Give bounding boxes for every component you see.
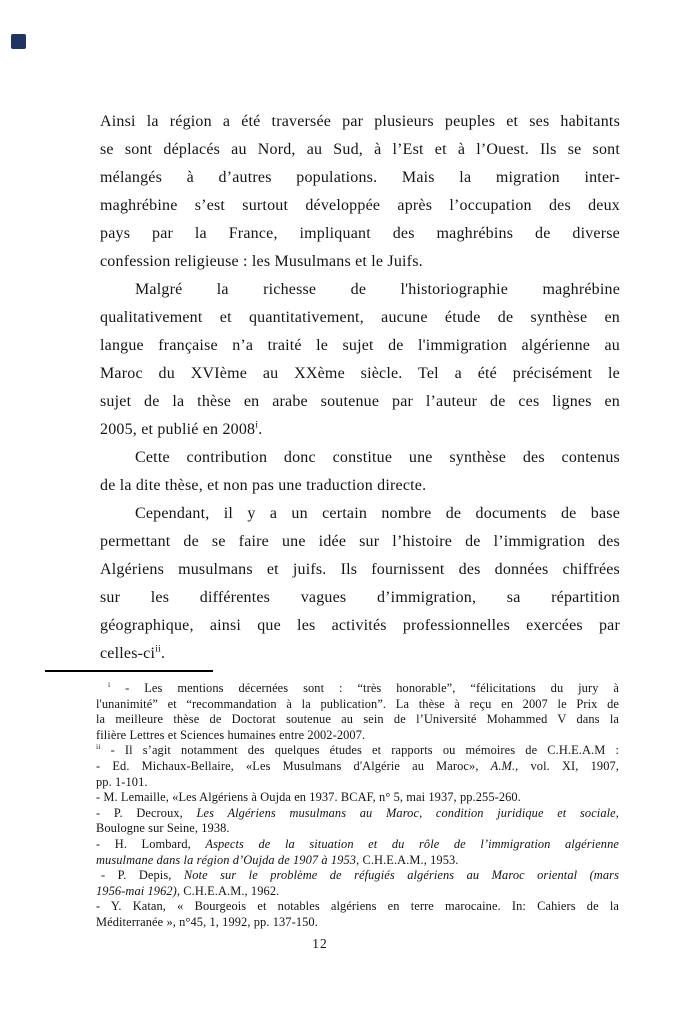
text-segment: sur les différentes vagues d’immigration…: [100, 589, 620, 606]
body-line: Cette contribution donc constitue une sy…: [100, 444, 620, 472]
footnote-line: Méditerranée », n°45, 1, 1992, pp. 137-1…: [96, 915, 619, 931]
text-segment: filière Lettres et Sciences humaines ent…: [96, 728, 365, 742]
text-segment: pays par la France, impliquant des maghr…: [100, 225, 620, 242]
text-segment: langue française n’a traité le sujet de …: [100, 337, 620, 354]
body-line: se sont déplacés au Nord, au Sud, à l’Es…: [100, 136, 620, 164]
text-segment: Les Algériens musulmans au Maroc, condit…: [197, 806, 616, 820]
text-segment: Aspects de la situation et du rôle de l’…: [205, 837, 619, 851]
text-segment: .: [161, 645, 165, 662]
body-line: Maroc du XVIème au XXème siècle. Tel a é…: [100, 360, 620, 388]
body-line: mélangés à d’autres populations. Mais la…: [100, 164, 620, 192]
text-segment: l'unanimité” et “recommandation à la pub…: [96, 697, 619, 711]
body-line: qualitativement et quantitativement, auc…: [100, 304, 620, 332]
text-segment: Méditerranée », n°45, 1, 1992, pp. 137-1…: [96, 915, 318, 929]
text-segment: .: [258, 421, 262, 438]
text-segment: - P. Decroux,: [96, 806, 197, 820]
text-segment: ,: [616, 806, 619, 820]
text-segment: , C.H.E.A.M., 1953.: [356, 853, 458, 867]
body-line: pays par la France, impliquant des maghr…: [100, 220, 620, 248]
text-segment: - Les mentions décernées sont : “très ho…: [110, 681, 619, 695]
text-segment: Malgré la richesse de l'historiographie …: [135, 281, 620, 298]
text-segment: - Ed. Michaux-Bellaire, «Les Musulmans d…: [96, 759, 491, 773]
text-segment: géographique, ainsi que les activités pr…: [100, 617, 620, 634]
body-line: Cependant, il y a un certain nombre de d…: [100, 500, 620, 528]
text-segment: Ainsi la région a été traversée par plus…: [100, 113, 620, 130]
footnote-line: pp. 1-101.: [96, 775, 619, 791]
body-line: langue française n’a traité le sujet de …: [100, 332, 620, 360]
text-segment: de la dite thèse, et non pas une traduct…: [100, 477, 426, 494]
text-segment: musulmane dans la région d’Oujda de 1907…: [96, 853, 356, 867]
text-segment: Cette contribution donc constitue une sy…: [135, 449, 620, 466]
footnote-line: - M. Lemaille, «Les Algériens à Oujda en…: [96, 790, 619, 806]
body-line: maghrébine s’est surtout développée aprè…: [100, 192, 620, 220]
body-line: celles-ciii.: [100, 640, 620, 668]
text-segment: celles-ci: [100, 645, 155, 662]
footnote-line: - Y. Katan, « Bourgeois et notables algé…: [96, 899, 619, 915]
footnote-line: l'unanimité” et “recommandation à la pub…: [96, 697, 619, 713]
body-line: sur les différentes vagues d’immigration…: [100, 584, 620, 612]
body-line: Algériens musulmans et juifs. Ils fourni…: [100, 556, 620, 584]
text-segment: 2005, et publié en 2008: [100, 421, 255, 438]
body-line: permettant de se faire une idée sur l’hi…: [100, 528, 620, 556]
text-segment: Note sur le problème de réfugiés algérie…: [184, 868, 619, 882]
text-segment: , C.H.E.A.M., 1962.: [177, 884, 279, 898]
page-number: 12: [240, 936, 400, 952]
body-line: 2005, et publié en 2008i.: [100, 416, 620, 444]
footnote-separator: [45, 670, 213, 672]
text-segment: , vol. XI, 1907,: [515, 759, 619, 773]
footnote-line: Boulogne sur Seine, 1938.: [96, 821, 619, 837]
text-segment: A.M.: [491, 759, 516, 773]
text-segment: sujet de la thèse en arabe soutenue par …: [100, 393, 620, 410]
text-segment: mélangés à d’autres populations. Mais la…: [100, 169, 620, 186]
footnote-line: 1956-mai 1962), C.H.E.A.M., 1962.: [96, 884, 619, 900]
text-segment: la meilleure thèse de Doctorat soutenue …: [96, 712, 619, 726]
footnote-line: musulmane dans la région d’Oujda de 1907…: [96, 853, 619, 869]
body-text: Ainsi la région a été traversée par plus…: [100, 108, 620, 668]
text-segment: - Y. Katan, « Bourgeois et notables algé…: [96, 899, 619, 913]
footnote-line: filière Lettres et Sciences humaines ent…: [96, 728, 619, 744]
footnotes: i - Les mentions décernées sont : “très …: [96, 681, 619, 931]
text-segment: permettant de se faire une idée sur l’hi…: [100, 533, 620, 550]
document-page: Ainsi la région a été traversée par plus…: [0, 0, 700, 1028]
footnote-line: i - Les mentions décernées sont : “très …: [96, 681, 619, 697]
footnote-line: la meilleure thèse de Doctorat soutenue …: [96, 712, 619, 728]
text-segment: Cependant, il y a un certain nombre de d…: [135, 505, 620, 522]
text-segment: - M. Lemaille, «Les Algériens à Oujda en…: [96, 790, 521, 804]
body-line: de la dite thèse, et non pas une traduct…: [100, 472, 620, 500]
text-segment: pp. 1-101.: [96, 775, 148, 789]
text-segment: confession religieuse : les Musulmans et…: [100, 253, 423, 270]
body-line: sujet de la thèse en arabe soutenue par …: [100, 388, 620, 416]
text-segment: - P. Depis,: [101, 868, 184, 882]
footnote-line: ii - Il s’agit notamment des quelques ét…: [96, 743, 619, 759]
text-segment: maghrébine s’est surtout développée aprè…: [100, 197, 620, 214]
footnote-line: - P. Decroux, Les Algériens musulmans au…: [96, 806, 619, 822]
text-segment: Boulogne sur Seine, 1938.: [96, 821, 230, 835]
footnote-line: - P. Depis, Note sur le problème de réfu…: [96, 868, 619, 884]
text-segment: 1956-mai 1962): [96, 884, 177, 898]
text-segment: Algériens musulmans et juifs. Ils fourni…: [100, 561, 620, 578]
text-segment: qualitativement et quantitativement, auc…: [100, 309, 620, 326]
text-segment: Maroc du XVIème au XXème siècle. Tel a é…: [100, 365, 620, 382]
text-segment: - H. Lombard,: [96, 837, 205, 851]
body-line: Ainsi la région a été traversée par plus…: [100, 108, 620, 136]
footnote-line: - H. Lombard, Aspects de la situation et…: [96, 837, 619, 853]
text-segment: - Il s’agit notamment des quelques étude…: [100, 743, 619, 757]
body-line: géographique, ainsi que les activités pr…: [100, 612, 620, 640]
body-line: confession religieuse : les Musulmans et…: [100, 248, 620, 276]
body-line: Malgré la richesse de l'historiographie …: [100, 276, 620, 304]
text-segment: se sont déplacés au Nord, au Sud, à l’Es…: [100, 141, 620, 158]
corner-marker-icon: [11, 34, 26, 49]
footnote-line: - Ed. Michaux-Bellaire, «Les Musulmans d…: [96, 759, 619, 775]
